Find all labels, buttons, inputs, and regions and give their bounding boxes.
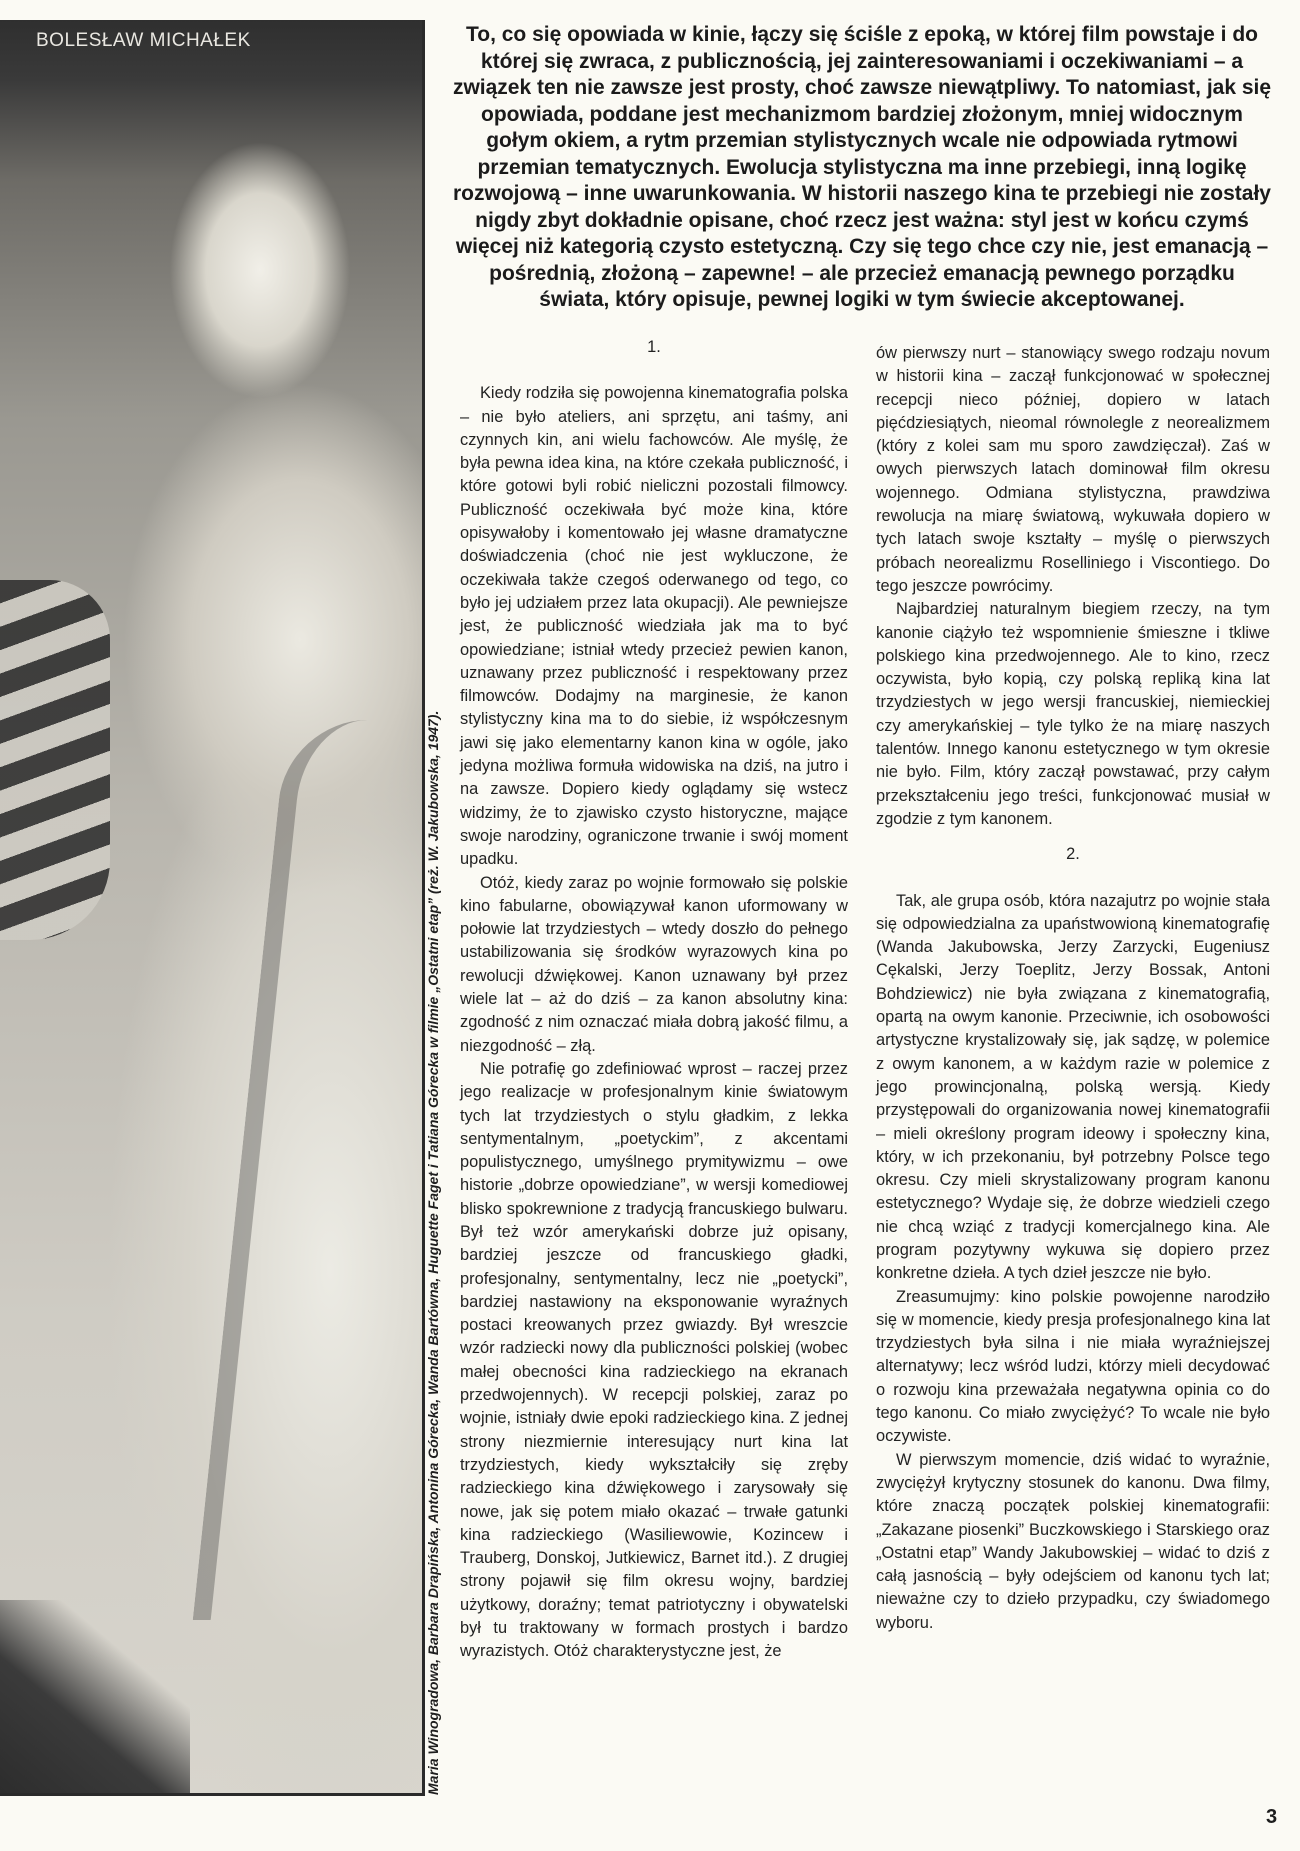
striped-uniform-figure [0,580,110,940]
shirt-fold-shadow [193,720,425,1620]
body-paragraph: Nie potrafię go zdefiniować wprost – rac… [460,1058,848,1664]
page-number: 3 [1266,1806,1277,1829]
body-paragraph: Zreasumujmy: kino polskie powojenne naro… [876,1286,1270,1449]
photo-caption: Maria Winogradowa, Barbara Drapińska, An… [425,665,441,1795]
section-heading-1: 1. [460,336,848,359]
body-paragraph: Otóż, kiedy zaraz po wojnie formowało si… [460,872,848,1058]
body-paragraph: Tak, ale grupa osób, która nazajutrz po … [876,890,1270,1286]
article-column-2: ów pierwszy nurt – stanowiący swego rodz… [876,342,1270,1635]
film-still-photo [0,20,425,1796]
body-paragraph: Najbardziej naturalnym biegiem rzeczy, n… [876,598,1270,831]
lead-paragraph: To, co się opowiada w kinie, łączy się ś… [452,22,1272,314]
body-paragraph-continued: ów pierwszy nurt – stanowiący swego rodz… [876,342,1270,598]
dark-shadow-region [0,1600,190,1796]
section-heading-2: 2. [876,843,1270,866]
body-paragraph: Kiedy rodziła się powojenna kinematograf… [460,382,848,871]
article-column-1: 1. Kiedy rodziła się powojenna kinematog… [460,336,848,1664]
body-paragraph: W pierwszym momencie, dziś widać to wyra… [876,1449,1270,1635]
author-name: BOLESŁAW MICHAŁEK [36,30,251,52]
